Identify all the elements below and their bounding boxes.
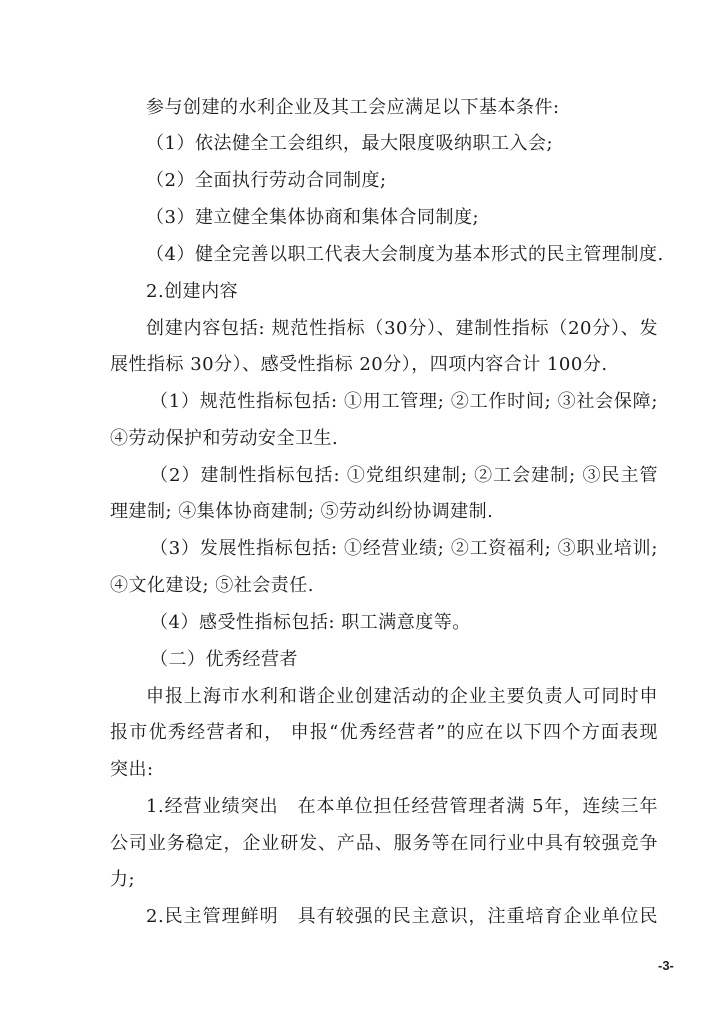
document-page: 参与创建的水利企业及其工会应满足以下基本条件: （1）依法健全工会组织，最大限度… xyxy=(0,0,724,1024)
section-heading: （二）优秀经营者 xyxy=(150,642,658,678)
text-line: （4）健全完善以职工代表大会制度为基本形式的民主管理制度. xyxy=(146,237,658,273)
text-line: ④劳动保护和劳动安全卫生. xyxy=(110,421,658,457)
text-line: 公司业务稳定，企业研发、产品、服务等在同行业中具有较强竞争 xyxy=(110,826,658,862)
text-line: 参与创建的水利企业及其工会应满足以下基本条件: xyxy=(146,90,658,126)
text-line: 2.民主管理鲜明 具有较强的民主意识，注重培育企业单位民 xyxy=(146,899,658,935)
text-line: （3）建立健全集体协商和集体合同制度; xyxy=(146,200,658,236)
text-line: 报市优秀经营者和， 申报“优秀经营者”的应在以下四个方面表现 xyxy=(110,715,658,751)
section-heading: 2.创建内容 xyxy=(146,274,658,310)
text-line: （1）依法健全工会组织，最大限度吸纳职工入会; xyxy=(146,126,658,162)
text-line: （1）规范性指标包括: ①用工管理; ②工作时间; ③社会保障; xyxy=(150,384,658,420)
text-line: ④文化建设; ⑤社会责任. xyxy=(110,568,658,604)
text-line: 申报上海市水利和谐企业创建活动的企业主要负责人可同时申 xyxy=(146,679,658,715)
text-line: 理建制; ④集体协商建制; ⑤劳动纠纷协调建制. xyxy=(110,494,658,530)
page-number: -3- xyxy=(658,958,674,973)
text-line: 展性指标 30分）、感受性指标 20分），四项内容合计 100分. xyxy=(110,347,658,383)
text-line: （4）感受性指标包括: 职工满意度等。 xyxy=(150,605,658,641)
text-line: 力; xyxy=(110,862,658,898)
text-line: 创建内容包括: 规范性指标（30分）、建制性指标（20分）、发 xyxy=(146,311,658,347)
text-line: 1.经营业绩突出 在本单位担任经营管理者满 5年，连续三年 xyxy=(146,789,658,825)
text-line: 突出: xyxy=(110,752,658,788)
text-line: （3）发展性指标包括: ①经营业绩; ②工资福利; ③职业培训; xyxy=(150,531,658,567)
text-line: （2）建制性指标包括: ①党组织建制; ②工会建制; ③民主管 xyxy=(150,458,658,494)
text-line: （2）全面执行劳动合同制度; xyxy=(146,163,658,199)
